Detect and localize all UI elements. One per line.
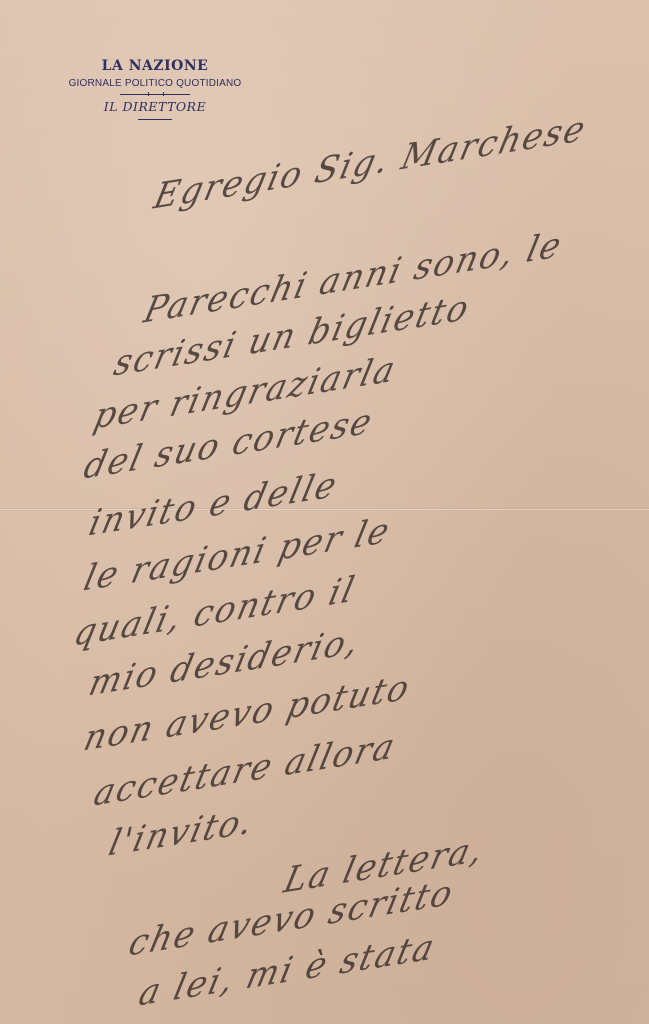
letterhead-role: IL DIRETTORE (50, 99, 260, 114)
letterhead: LA NAZIONE GIORNALE POLITICO QUOTIDIANO … (50, 58, 260, 120)
ornamental-rule (120, 94, 190, 95)
letterhead-title: LA NAZIONE (50, 58, 260, 74)
letterhead-subtitle: GIORNALE POLITICO QUOTIDIANO (50, 78, 260, 89)
short-rule (138, 119, 172, 120)
